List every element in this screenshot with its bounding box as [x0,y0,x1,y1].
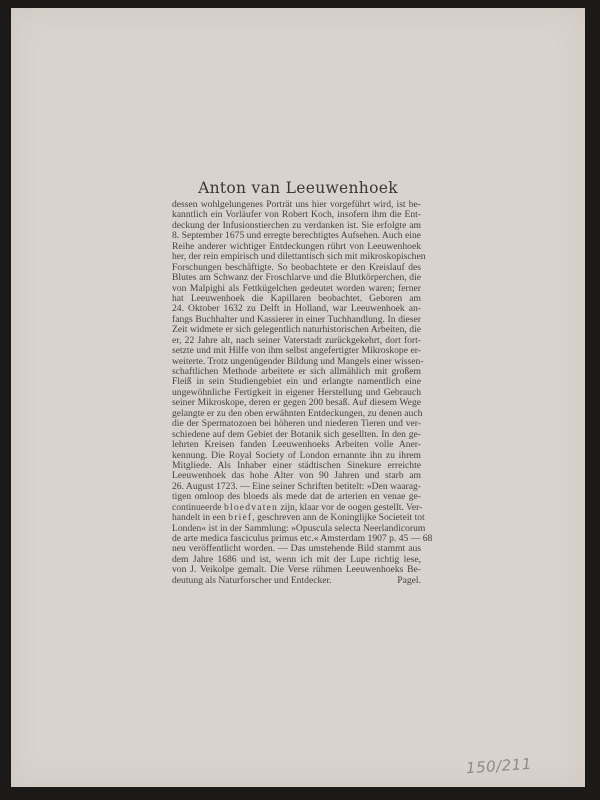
text-line-last: deutung als Naturforscher und Entdecker.… [172,576,421,586]
text-segment: handelt in een [172,512,228,523]
article-body: dessen wohlgelungenes Porträt uns hier v… [172,200,421,586]
emphasized-word: bloedvaten [224,502,278,513]
text-segment: zijn, klaar vor de oogen gestellt. Ver- [278,502,422,513]
text-segment: , geschreven ann de Koninglijke Societei… [252,512,424,523]
document-page: Anton van Leeuwenhoek dessen wohlgelunge… [11,8,585,787]
emphasized-word: brief [228,512,252,523]
text-segment: deutung als Naturforscher und Entdecker. [172,575,332,586]
text-line: Blutes am Schwanz der Froschlarve und di… [172,273,421,283]
text-line: lehrten Kreisen fanden Leeuwenhoeks Arbe… [172,440,421,450]
text-line: handelt in een brief, geschreven ann de … [172,513,421,523]
author-signature: Pagel. [397,576,421,586]
text-line: setzte und mit Hilfe von ihm selbst ange… [172,346,421,356]
article-title: Anton van Leeuwenhoek [11,179,585,197]
text-segment: continueerde [172,502,224,513]
